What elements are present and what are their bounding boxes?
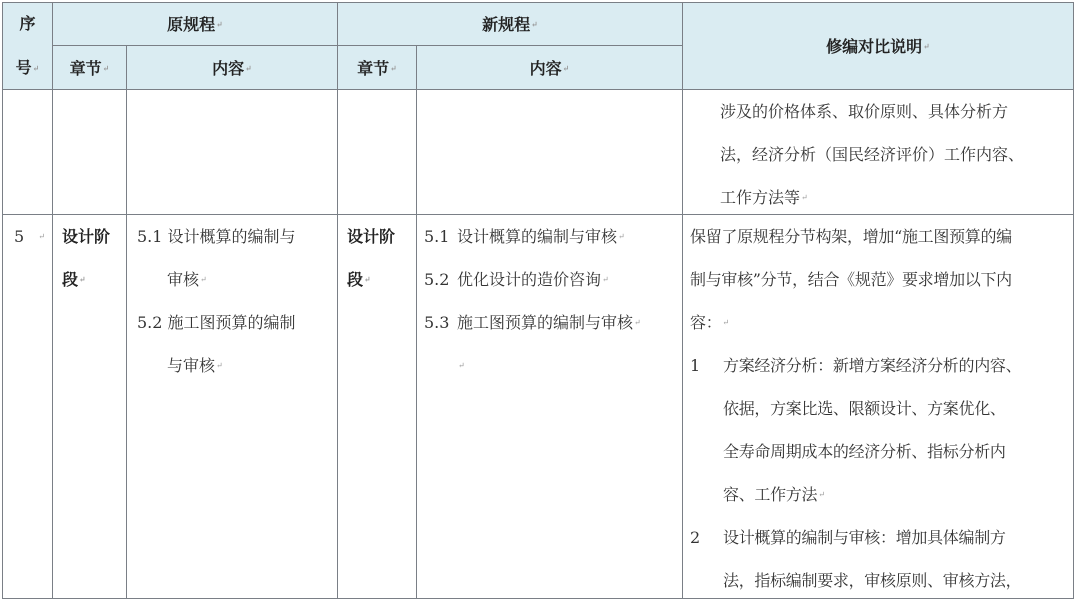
header-original-content: 内容↵ [127, 46, 338, 90]
content-item: 5.1设计概算的编制与审核↵ [424, 215, 682, 258]
header-comparison: 修编对比说明↵ [683, 2, 1074, 90]
chapter-line: 设计阶 [62, 215, 126, 258]
comparison-item: 2设计概算的编制与审核：增加具体编制方 [690, 516, 1073, 559]
header-seq-top: 序 [19, 2, 35, 46]
comparison-line: 工作方法等↵ [720, 176, 1073, 219]
row1-new-content [417, 90, 683, 215]
chapter-line: 设计阶 [347, 215, 416, 258]
header-seq: 序 号↵ [2, 2, 53, 90]
comparison-intro-line: 制与审核”分节，结合《规范》要求增加以下内 [690, 258, 1073, 301]
comparison-item: 1方案经济分析：新增方案经济分析的内容、 [690, 344, 1073, 387]
row1-comparison: 涉及的价格体系、取价原则、具体分析方 法，经济分析（国民经济评价）工作内容、 工… [683, 90, 1074, 215]
chapter-line: 段↵ [347, 258, 416, 301]
comparison-line: 涉及的价格体系、取价原则、具体分析方 [720, 90, 1073, 133]
comparison-item-cont: 全寿命周期成本的经济分析、指标分析内 [690, 430, 1073, 473]
header-seq-bottom: 号↵ [16, 46, 40, 90]
content-item: 5.1 设计概算的编制与 [137, 215, 337, 258]
row1-orig-chapter [53, 90, 127, 215]
comparison-intro-line: 容：↵ [690, 301, 1073, 344]
header-new-title: 新规程↵ [338, 2, 683, 46]
comparison-intro-line: 保留了原规程分节构架，增加“施工图预算的编 [690, 215, 1073, 258]
seq-number: 5 [14, 227, 24, 246]
comparison-item-cont: 依据，方案比选、限额设计、方案优化、 [690, 387, 1073, 430]
row1-orig-content [127, 90, 338, 215]
row2-orig-chapter: 设计阶 段↵ [53, 215, 127, 599]
comparison-line: 法，经济分析（国民经济评价）工作内容、 [720, 133, 1073, 176]
row2-new-content: 5.1设计概算的编制与审核↵ 5.2优化设计的造价咨询↵ 5.3施工图预算的编制… [417, 215, 683, 599]
revision-comparison-table: 序 号↵ 原规程↵ 章节↵ 内容↵ 新规程↵ 章节↵ 内容↵ 修编对比说明↵ 涉… [2, 2, 1074, 599]
content-item-cont: 审核↵ [137, 258, 337, 301]
row2-new-chapter: 设计阶 段↵ [338, 215, 417, 599]
row2-seq: 5↵ [2, 215, 53, 599]
row2-comparison: 保留了原规程分节构架，增加“施工图预算的编 制与审核”分节，结合《规范》要求增加… [683, 215, 1074, 599]
row1-seq [2, 90, 53, 215]
row2-orig-content: 5.1 设计概算的编制与 审核↵ 5.2 施工图预算的编制 与审核↵ [127, 215, 338, 599]
row1-new-chapter [338, 90, 417, 215]
header-new-content: 内容↵ [417, 46, 683, 90]
header-new-chapter: 章节↵ [338, 46, 417, 90]
header-original-chapter: 章节↵ [53, 46, 127, 90]
content-item: 5.2优化设计的造价咨询↵ [424, 258, 682, 301]
comparison-item-cont: 法，指标编制要求，审核原则、审核方法， [690, 559, 1073, 602]
content-item: 5.3施工图预算的编制与审核↵ [424, 301, 682, 344]
chapter-line: 段↵ [62, 258, 126, 301]
header-original-title: 原规程↵ [53, 2, 338, 46]
content-item: 5.2 施工图预算的编制 [137, 301, 337, 344]
content-item-cont: 与审核↵ [137, 344, 337, 387]
comparison-item-cont: 容、工作方法↵ [690, 473, 1073, 516]
